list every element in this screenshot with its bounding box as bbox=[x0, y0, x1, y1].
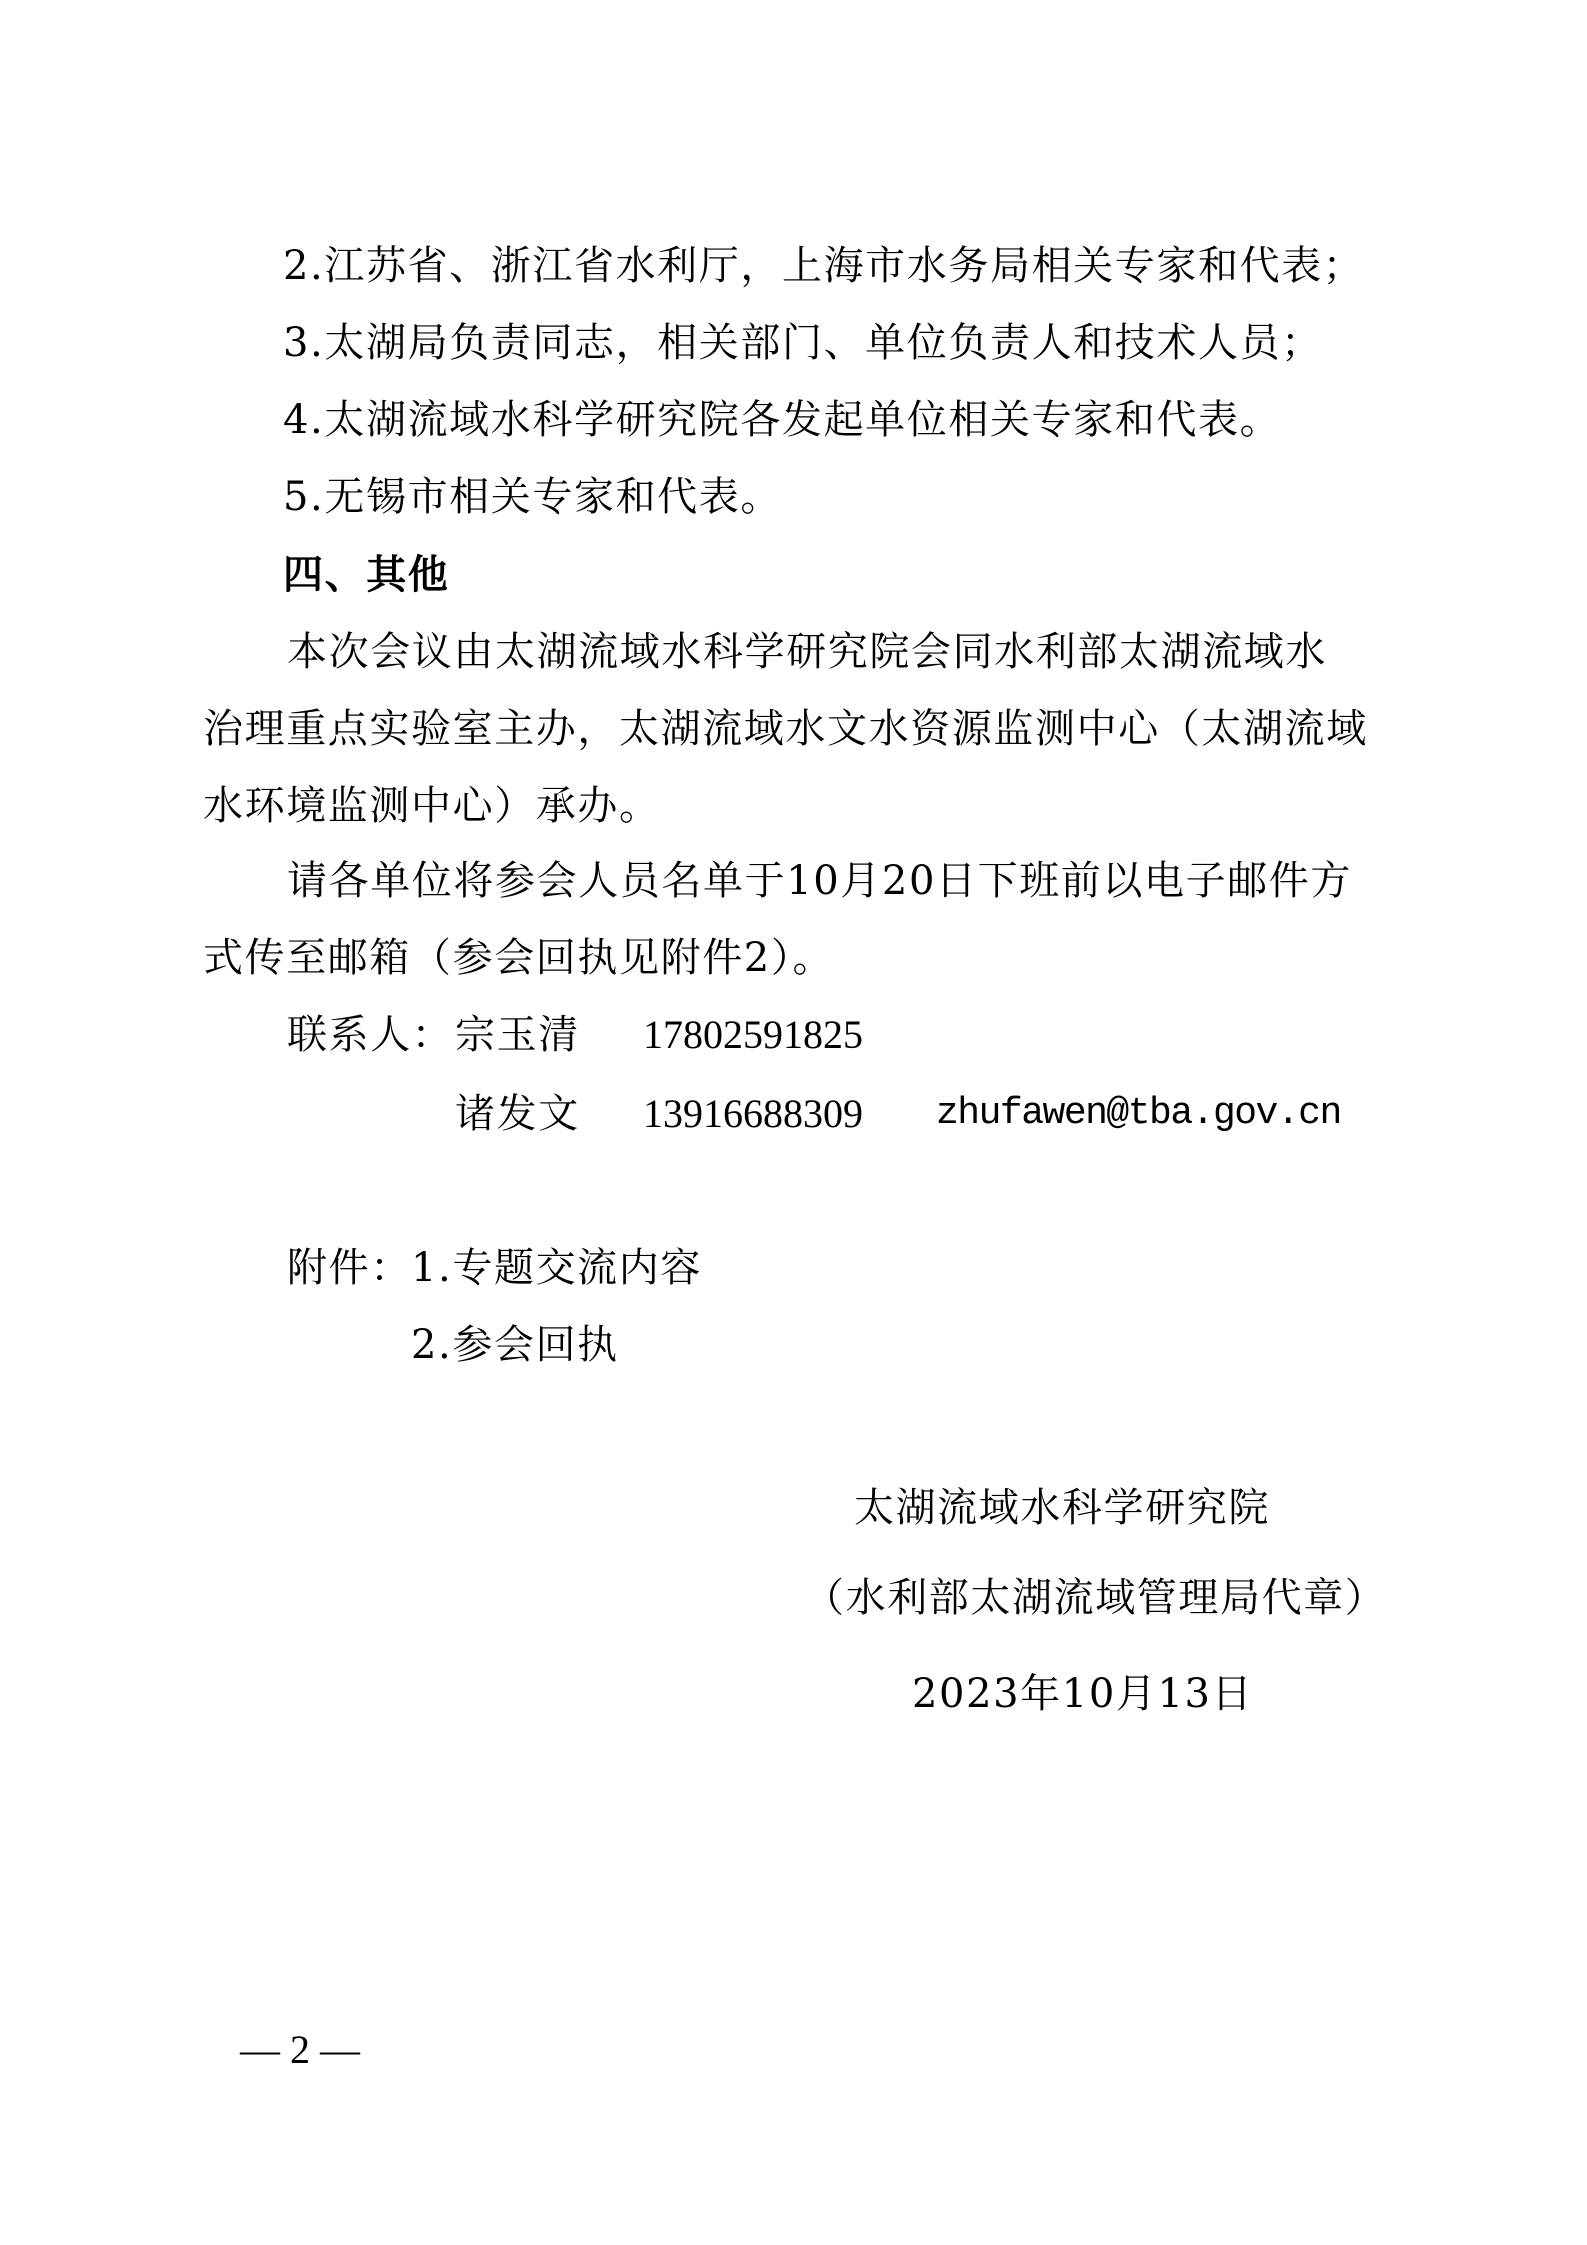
contact-name: 宗玉清 bbox=[455, 1013, 580, 1057]
page-number: — 2 — bbox=[240, 2028, 360, 2072]
attachment-item: 2.参会回执 bbox=[411, 1323, 619, 1367]
paragraph-line: 请各单位将参会人员名单于10月20日下班前以电子邮件方 bbox=[287, 859, 1352, 903]
list-item: 3.太湖局负责同志，相关部门、单位负责人和技术人员； bbox=[283, 321, 1323, 365]
signature-date: 2023年10月13日 bbox=[912, 1672, 1253, 1716]
contact-row: 诸发文 13916688309 zhufawen@tba.gov.cn bbox=[287, 1092, 1387, 1136]
contact-label: 联系人： bbox=[287, 1013, 453, 1057]
contact-name: 诸发文 bbox=[455, 1092, 580, 1136]
attachments-label: 附件： bbox=[287, 1246, 412, 1290]
contact-email: zhufawen@tba.gov.cn bbox=[936, 1092, 1341, 1136]
attachments-row: 附件： 1.专题交流内容 bbox=[287, 1246, 1087, 1290]
paragraph-line: 治理重点实验室主办，太湖流域水文水资源监测中心（太湖流域 bbox=[203, 707, 1368, 751]
signature-on-behalf: （水利部太湖流域管理局代章） bbox=[804, 1576, 1386, 1620]
list-item: 2.江苏省、浙江省水利厅，上海市水务局相关专家和代表； bbox=[283, 244, 1364, 288]
contact-phone: 17802591825 bbox=[643, 1013, 863, 1057]
contact-phone: 13916688309 bbox=[643, 1092, 863, 1136]
contact-row: 联系人： 宗玉清 17802591825 bbox=[287, 1013, 1387, 1057]
attachment-item: 1.专题交流内容 bbox=[411, 1246, 702, 1290]
list-item: 5.无锡市相关专家和代表。 bbox=[283, 475, 782, 519]
list-item: 4.太湖流域水科学研究院各发起单位相关专家和代表。 bbox=[283, 398, 1281, 442]
paragraph-line: 本次会议由太湖流域水科学研究院会同水利部太湖流域水 bbox=[287, 630, 1327, 674]
attachments-row: 2.参会回执 bbox=[287, 1323, 1087, 1367]
paragraph-line: 水环境监测中心）承办。 bbox=[203, 784, 661, 828]
section-heading: 四、其他 bbox=[283, 553, 449, 597]
signature-org: 太湖流域水科学研究院 bbox=[854, 1486, 1270, 1530]
paragraph-line: 式传至邮箱（参会回执见附件2）。 bbox=[203, 936, 834, 980]
